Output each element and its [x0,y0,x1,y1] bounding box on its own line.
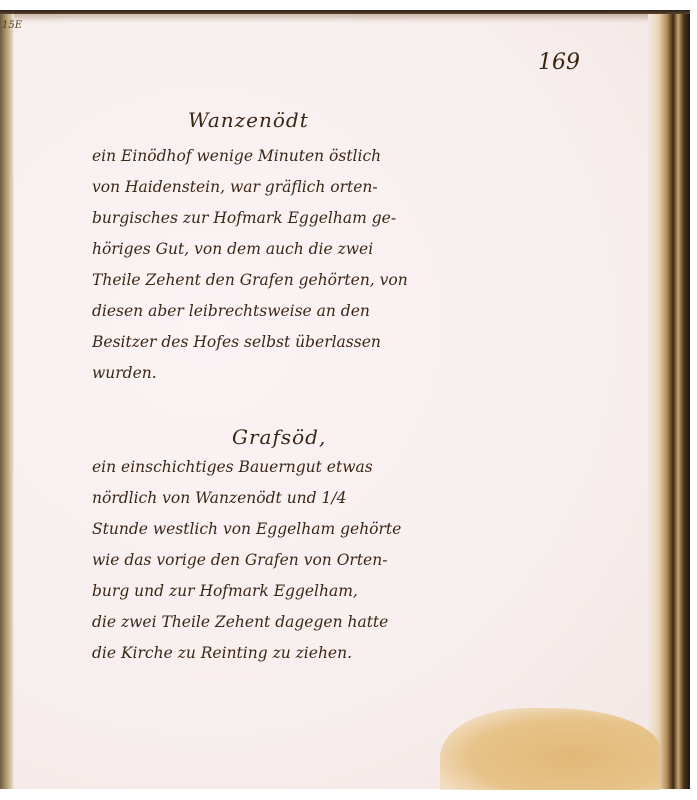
manuscript-page [8,14,668,789]
page-edges [648,14,690,789]
text-line: wie das vorige den Grafen von Orten- [92,545,522,576]
page-number: 169 [538,50,580,75]
section-heading: Grafsöd, [232,425,326,449]
text-line: die Kirche zu Reinting zu ziehen. [92,638,522,669]
text-line: höriges Gut, von dem auch die zwei [92,234,522,265]
text-line: Theile Zehent den Grafen gehörten, von [92,265,522,296]
text-line: wurden. [92,358,522,389]
text-line: von Haidenstein, war gräflich orten- [92,172,522,203]
text-line: diesen aber leibrechtsweise an den [92,296,522,327]
section-paragraph: ein einschichtiges Bauerngut etwas nördl… [92,452,522,669]
section-paragraph: ein Einödhof wenige Minuten östlich von … [92,141,522,389]
text-line: nördlich von Wanzenödt und 1/4 [92,483,522,514]
section-heading: Wanzenödt [188,108,309,132]
corner-note: 15E [2,20,22,31]
book-gutter [0,14,14,789]
water-stain [440,708,660,790]
text-line: burgisches zur Hofmark Eggelham ge- [92,203,522,234]
text-line: die zwei Theile Zehent dagegen hatte [92,607,522,638]
text-line: Stunde westlich von Eggelham gehörte [92,514,522,545]
text-line: Besitzer des Hofes selbst überlassen [92,327,522,358]
text-line: ein Einödhof wenige Minuten östlich [92,141,522,172]
text-line: ein einschichtiges Bauerngut etwas [92,452,522,483]
text-line: burg und zur Hofmark Eggelham, [92,576,522,607]
